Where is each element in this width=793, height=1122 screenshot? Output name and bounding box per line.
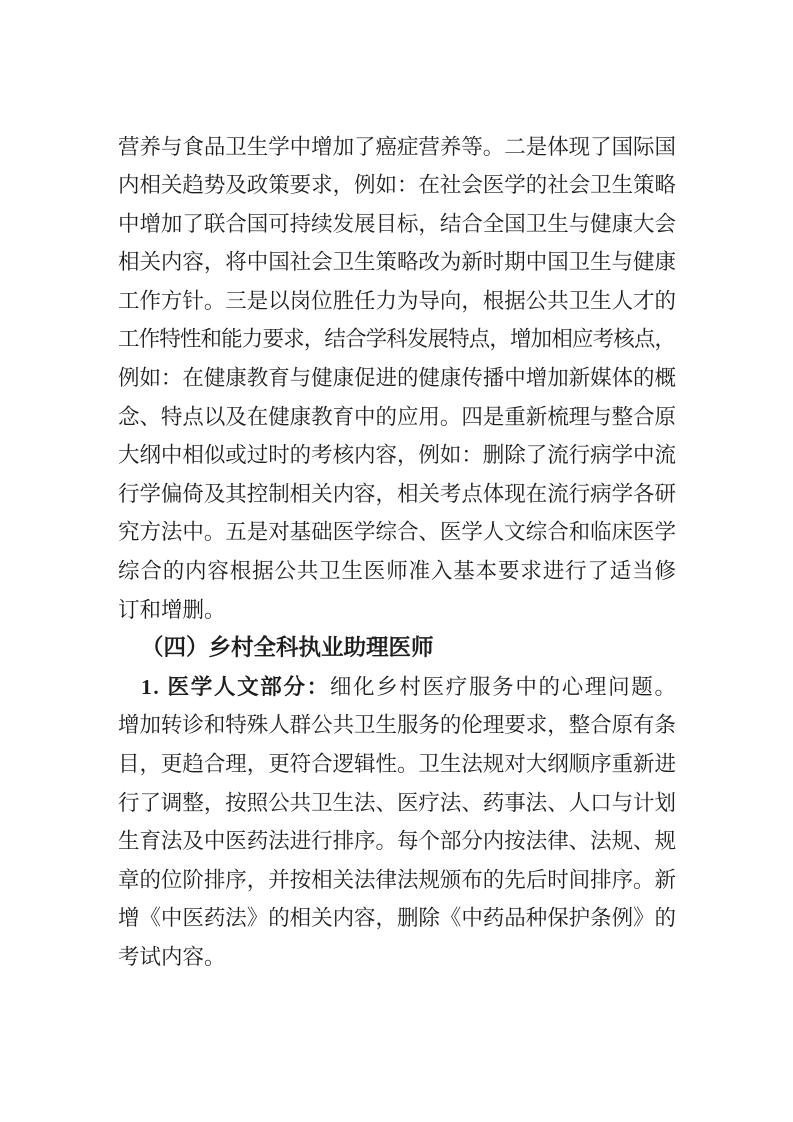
text-run: 营养与食品卫生学中增加了癌症营养等。二是体现了国际国 <box>118 135 676 159</box>
text-run: 例如：在健康教育与健康促进的健康传播中增加新媒体的概 <box>118 366 676 390</box>
paragraph-line: 生育法及中医药法进行排序。每个部分内按法律、法规、规 <box>118 822 676 861</box>
paragraph-line: 营养与食品卫生学中增加了癌症营养等。二是体现了国际国 <box>118 128 676 167</box>
paragraph-line: 行学偏倚及其控制相关内容，相关考点体现在流行病学各研 <box>118 475 676 514</box>
text-run: 念、特点以及在健康教育中的应用。四是重新梳理与整合原 <box>118 405 676 429</box>
text-run: 行学偏倚及其控制相关内容，相关考点体现在流行病学各研 <box>118 482 676 506</box>
paragraph-line: 目，更趋合理，更符合逻辑性。卫生法规对大纲顺序重新进 <box>118 745 676 784</box>
paragraph-line: 增加转诊和特殊人群公共卫生服务的伦理要求，整合原有条 <box>118 706 676 745</box>
text-run: 目，更趋合理，更符合逻辑性。卫生法规对大纲顺序重新进 <box>118 752 676 776</box>
text-run: 细化乡村医疗服务中的心理问题。 <box>330 675 678 699</box>
text-run: （四）乡村全科执业助理医师 <box>141 635 434 660</box>
paragraph-last-line: 订和增删。 <box>118 591 676 630</box>
text-run: 增《中医药法》的相关内容，删除《中药品种保护条例》的 <box>118 906 676 930</box>
text-run: 章的位阶排序，并按相关法律法规颁布的先后时间排序。新 <box>118 868 676 892</box>
text-run: 行了调整，按照公共卫生法、医疗法、药事法、人口与计划 <box>118 791 676 815</box>
paragraph-line: 念、特点以及在健康教育中的应用。四是重新梳理与整合原 <box>118 398 676 437</box>
text-run: 大纲中相似或过时的考核内容，例如：删除了流行病学中流 <box>118 443 676 467</box>
paragraph-line: 1. 医学人文部分：细化乡村医疗服务中的心理问题。 <box>118 668 676 707</box>
text-run: 1. 医学人文部分： <box>141 675 330 699</box>
paragraph-line: 行了调整，按照公共卫生法、医疗法、药事法、人口与计划 <box>118 784 676 823</box>
paragraph-line: 大纲中相似或过时的考核内容，例如：删除了流行病学中流 <box>118 436 676 475</box>
text-run: 增加转诊和特殊人群公共卫生服务的伦理要求，整合原有条 <box>118 713 676 737</box>
text-run: 相关内容，将中国社会卫生策略改为新时期中国卫生与健康 <box>118 250 676 274</box>
paragraph-line: 中增加了联合国可持续发展目标，结合全国卫生与健康大会 <box>118 205 676 244</box>
text-run: 生育法及中医药法进行排序。每个部分内按法律、法规、规 <box>118 829 676 853</box>
section-heading: （四）乡村全科执业助理医师 <box>118 629 676 668</box>
paragraph-line: 综合的内容根据公共卫生医师准入基本要求进行了适当修 <box>118 552 676 591</box>
text-run: 内相关趋势及政策要求，例如：在社会医学的社会卫生策略 <box>118 173 676 197</box>
text-run: 工作方针。三是以岗位胜任力为导向，根据公共卫生人才的 <box>118 289 676 313</box>
paragraph-line: 章的位阶排序，并按相关法律法规颁布的先后时间排序。新 <box>118 861 676 900</box>
paragraph-line: 增《中医药法》的相关内容，删除《中药品种保护条例》的 <box>118 899 676 938</box>
paragraph-line: 相关内容，将中国社会卫生策略改为新时期中国卫生与健康 <box>118 243 676 282</box>
text-run: 订和增删。 <box>118 598 226 622</box>
paragraph-line: 工作特性和能力要求，结合学科发展特点，增加相应考核点， <box>118 320 676 359</box>
text-run: 中增加了联合国可持续发展目标，结合全国卫生与健康大会 <box>118 212 676 236</box>
paragraph-line: 究方法中。五是对基础医学综合、医学人文综合和临床医学 <box>118 513 676 552</box>
text-run: 考试内容。 <box>118 945 226 969</box>
text-run: 工作特性和能力要求，结合学科发展特点，增加相应考核点， <box>118 327 675 351</box>
document-page: 营养与食品卫生学中增加了癌症营养等。二是体现了国际国内相关趋势及政策要求，例如：… <box>0 0 793 1122</box>
document-text-block: 营养与食品卫生学中增加了癌症营养等。二是体现了国际国内相关趋势及政策要求，例如：… <box>118 128 676 977</box>
paragraph-line: 工作方针。三是以岗位胜任力为导向，根据公共卫生人才的 <box>118 282 676 321</box>
text-run: 综合的内容根据公共卫生医师准入基本要求进行了适当修 <box>118 559 677 583</box>
paragraph-last-line: 考试内容。 <box>118 938 676 977</box>
paragraph-line: 例如：在健康教育与健康促进的健康传播中增加新媒体的概 <box>118 359 676 398</box>
text-run: 究方法中。五是对基础医学综合、医学人文综合和临床医学 <box>118 520 676 544</box>
paragraph-line: 内相关趋势及政策要求，例如：在社会医学的社会卫生策略 <box>118 166 676 205</box>
